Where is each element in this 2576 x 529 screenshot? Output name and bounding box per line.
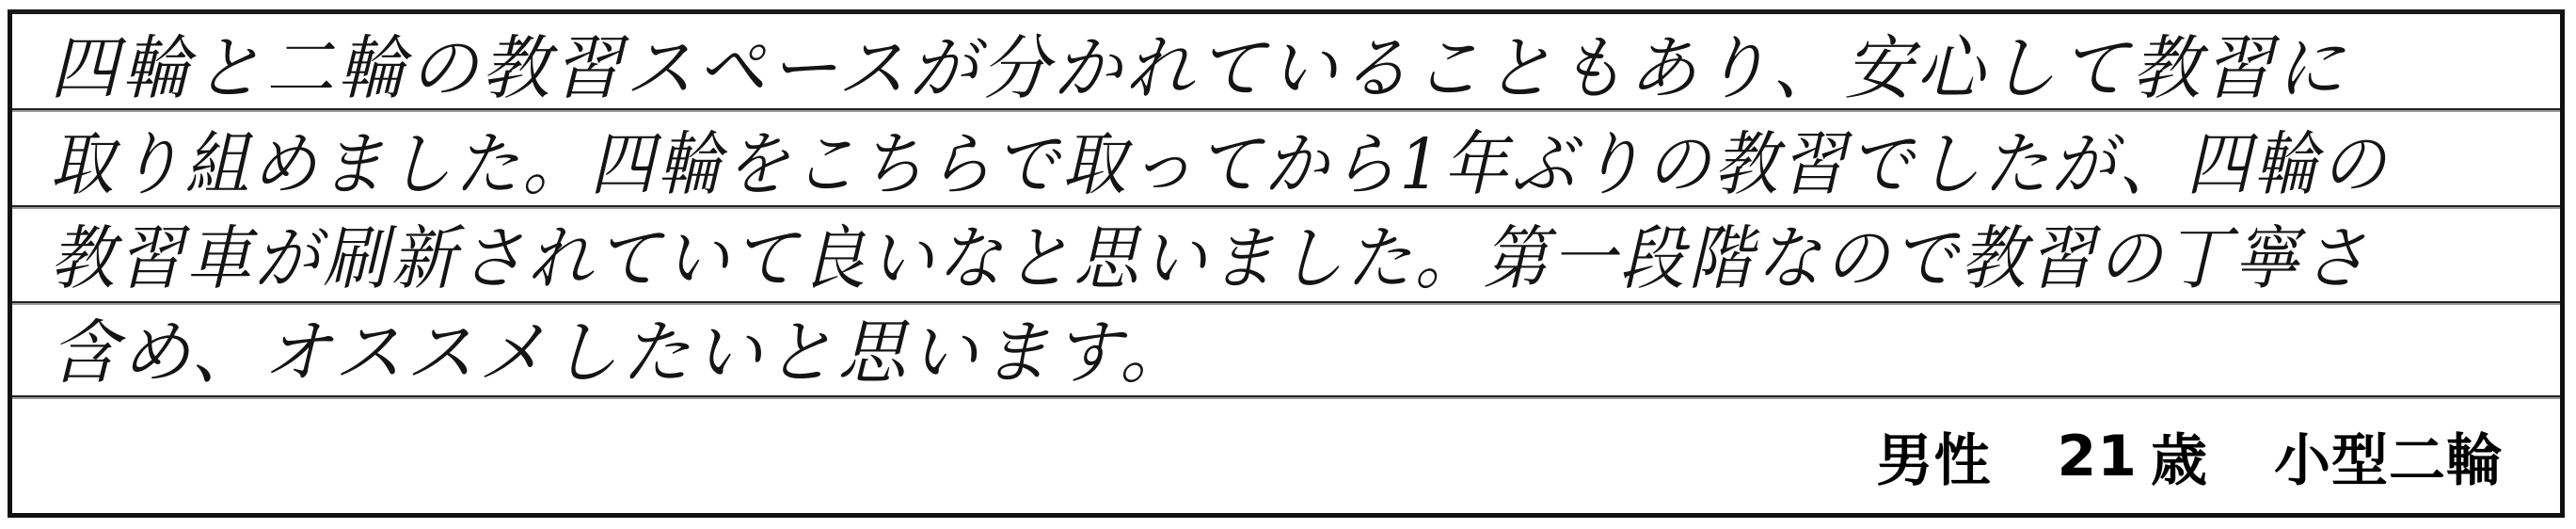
age-number: 21	[2058, 424, 2139, 489]
handwritten-line-2: 取り組めました。四輪をこちらで取ってから1年ぶりの教習でしたが、四輪の	[50, 118, 2342, 212]
license-type-label: 小型二輪	[2274, 416, 2504, 497]
handwritten-line-1: 四輪と二輪の教習スペースが分かれていることもあり、安心して教習に	[50, 22, 2491, 116]
testimonial-sheet: 四輪と二輪の教習スペースが分かれていることもあり、安心して教習に 取り組めました…	[8, 9, 2565, 518]
respondent-info: 男性 21 歳 小型二輪	[1877, 409, 2504, 504]
gender-label: 男性	[1877, 416, 1992, 497]
age-unit: 歳	[2151, 416, 2208, 497]
handwritten-line-3: 教習車が刷新されていて良いなと思いました。第一段階なので教習の丁寧さ	[50, 212, 2367, 306]
handwritten-line-4: 含め、オススメしたいと思います。	[50, 306, 2491, 400]
